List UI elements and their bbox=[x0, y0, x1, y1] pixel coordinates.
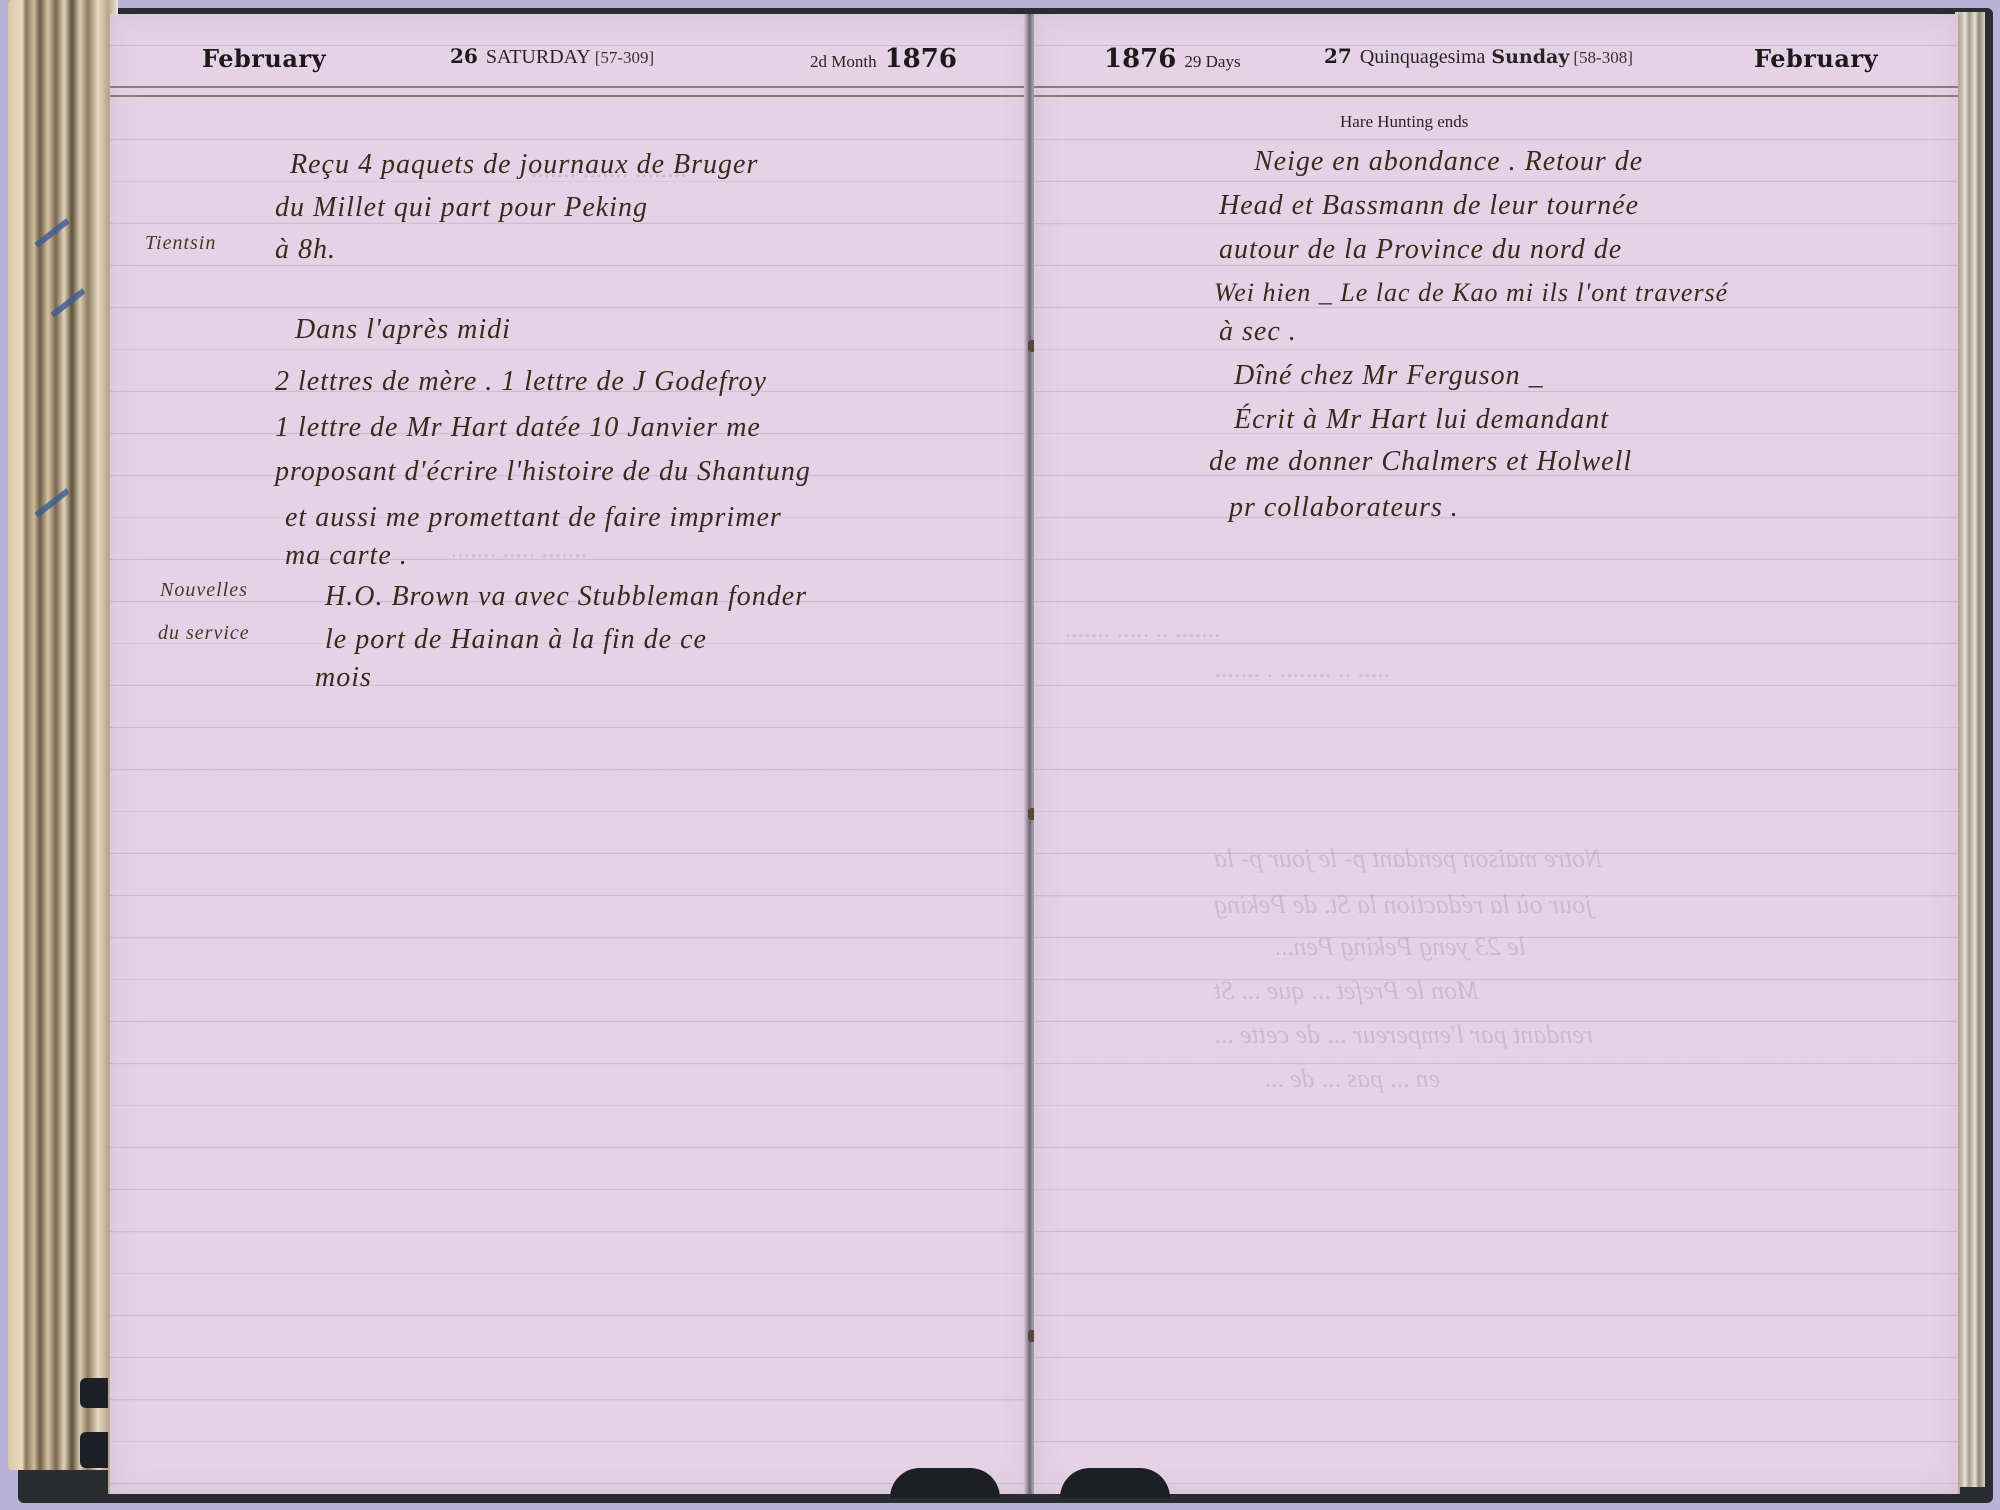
bleed-through-text: rendant par l'empereur ... de cette ... bbox=[1214, 1020, 1593, 1050]
header-date: 27 Quinquagesima Sunday [58-308] bbox=[1324, 44, 1633, 69]
handwritten-line: le port de Hainan à la fin de ce bbox=[325, 624, 707, 656]
header-day-number: 26 bbox=[450, 44, 478, 68]
handwritten-line: Head et Bassmann de leur tournée bbox=[1219, 190, 1639, 222]
handwritten-line: H.O. Brown va avec Stubbleman fonder bbox=[325, 581, 807, 613]
handwritten-line: ma carte . bbox=[285, 540, 408, 572]
handwritten-line: à sec . bbox=[1219, 316, 1297, 348]
margin-note: Tientsin bbox=[145, 232, 216, 255]
header-double-rule bbox=[110, 86, 1030, 97]
header-month-year: 2d Month 1876 bbox=[810, 44, 957, 74]
header-day-number: 27 bbox=[1324, 44, 1352, 68]
header-day-count: [57-309] bbox=[595, 48, 654, 68]
header-year: 1876 bbox=[1104, 44, 1176, 74]
header-year-days: 1876 29 Days bbox=[1104, 44, 1241, 74]
handwritten-line: Reçu 4 paquets de journaux de Bruger bbox=[290, 149, 758, 181]
header-month: February bbox=[202, 44, 326, 73]
blue-ink-mark bbox=[34, 488, 69, 517]
handwritten-line: de me donner Chalmers et Holwell bbox=[1209, 446, 1632, 478]
header-day-count: [58-308] bbox=[1573, 48, 1632, 68]
bleed-through-text: jour où la rédaction la St. de Peking bbox=[1214, 890, 1592, 920]
margin-note: du service bbox=[158, 622, 250, 645]
handwritten-line: du Millet qui part pour Peking bbox=[275, 192, 648, 224]
right-page: 1876 29 Days 27 Quinquagesima Sunday [58… bbox=[1034, 14, 1960, 1494]
header-double-rule bbox=[1034, 86, 1958, 97]
binding-thread-right bbox=[1060, 1468, 1170, 1498]
handwritten-line: 1 lettre de Mr Hart datée 10 Janvier me bbox=[275, 412, 761, 444]
header-date: 26 SATURDAY [57-309] bbox=[450, 44, 654, 69]
header-year: 1876 bbox=[885, 44, 957, 74]
header-month: February bbox=[1754, 44, 1878, 73]
margin-note: Nouvelles bbox=[160, 579, 248, 602]
handwritten-line: autour de la Province du nord de bbox=[1219, 234, 1622, 266]
handwritten-line: pr collaborateurs . bbox=[1229, 492, 1459, 524]
handwritten-line: Écrit à Mr Hart lui demandant bbox=[1234, 404, 1609, 436]
bleed-through-text: Mon le Prefet ... que ... St bbox=[1214, 976, 1479, 1006]
handwritten-line: Neige en abondance . Retour de bbox=[1254, 146, 1643, 178]
bleed-through-text: le 23 yeng Peking Pen... bbox=[1274, 932, 1526, 962]
handwritten-line: Dîné chez Mr Ferguson _ bbox=[1234, 360, 1544, 392]
blue-ink-mark bbox=[50, 288, 85, 317]
header-day-name: Sunday bbox=[1491, 46, 1569, 68]
right-page-header: 1876 29 Days 27 Quinquagesima Sunday [58… bbox=[1034, 44, 1958, 84]
bleed-through-text: ....... .. ..... ....... bbox=[1064, 614, 1220, 644]
printed-note: Hare Hunting ends bbox=[1340, 112, 1468, 132]
header-day-name: SATURDAY bbox=[486, 46, 591, 69]
header-day-prefix: Quinquagesima bbox=[1360, 46, 1486, 69]
binding-thread-left bbox=[890, 1468, 1000, 1498]
bleed-through-text: en ... pas ... de ... bbox=[1264, 1064, 1440, 1094]
handwritten-line: proposant d'écrire l'histoire de du Shan… bbox=[275, 456, 811, 488]
left-page-block-edges bbox=[8, 0, 118, 1470]
handwritten-line: Wei hien _ Le lac de Kao mi ils l'ont tr… bbox=[1214, 278, 1728, 308]
handwritten-line: à 8h. bbox=[275, 234, 336, 266]
left-page-header: February 26 SATURDAY [57-309] 2d Month 1… bbox=[110, 44, 1030, 84]
handwritten-line: 2 lettres de mère . 1 lettre de J Godefr… bbox=[275, 366, 767, 398]
bleed-through-text: ....... ..... ....... bbox=[450, 534, 587, 564]
handwritten-line: mois bbox=[315, 662, 372, 694]
bleed-through-text: Notre maison pendant p- le jour p- la bbox=[1214, 844, 1602, 874]
blue-ink-mark bbox=[34, 218, 69, 247]
handwritten-line: Dans l'après midi bbox=[295, 314, 511, 346]
header-days-label: 29 Days bbox=[1184, 52, 1240, 72]
left-page: February 26 SATURDAY [57-309] 2d Month 1… bbox=[108, 14, 1030, 1494]
handwritten-line: et aussi me promettant de faire imprimer bbox=[285, 502, 782, 534]
header-month-label: 2d Month bbox=[810, 52, 877, 72]
bleed-through-text: ..... .. ........ . ....... bbox=[1214, 654, 1390, 684]
